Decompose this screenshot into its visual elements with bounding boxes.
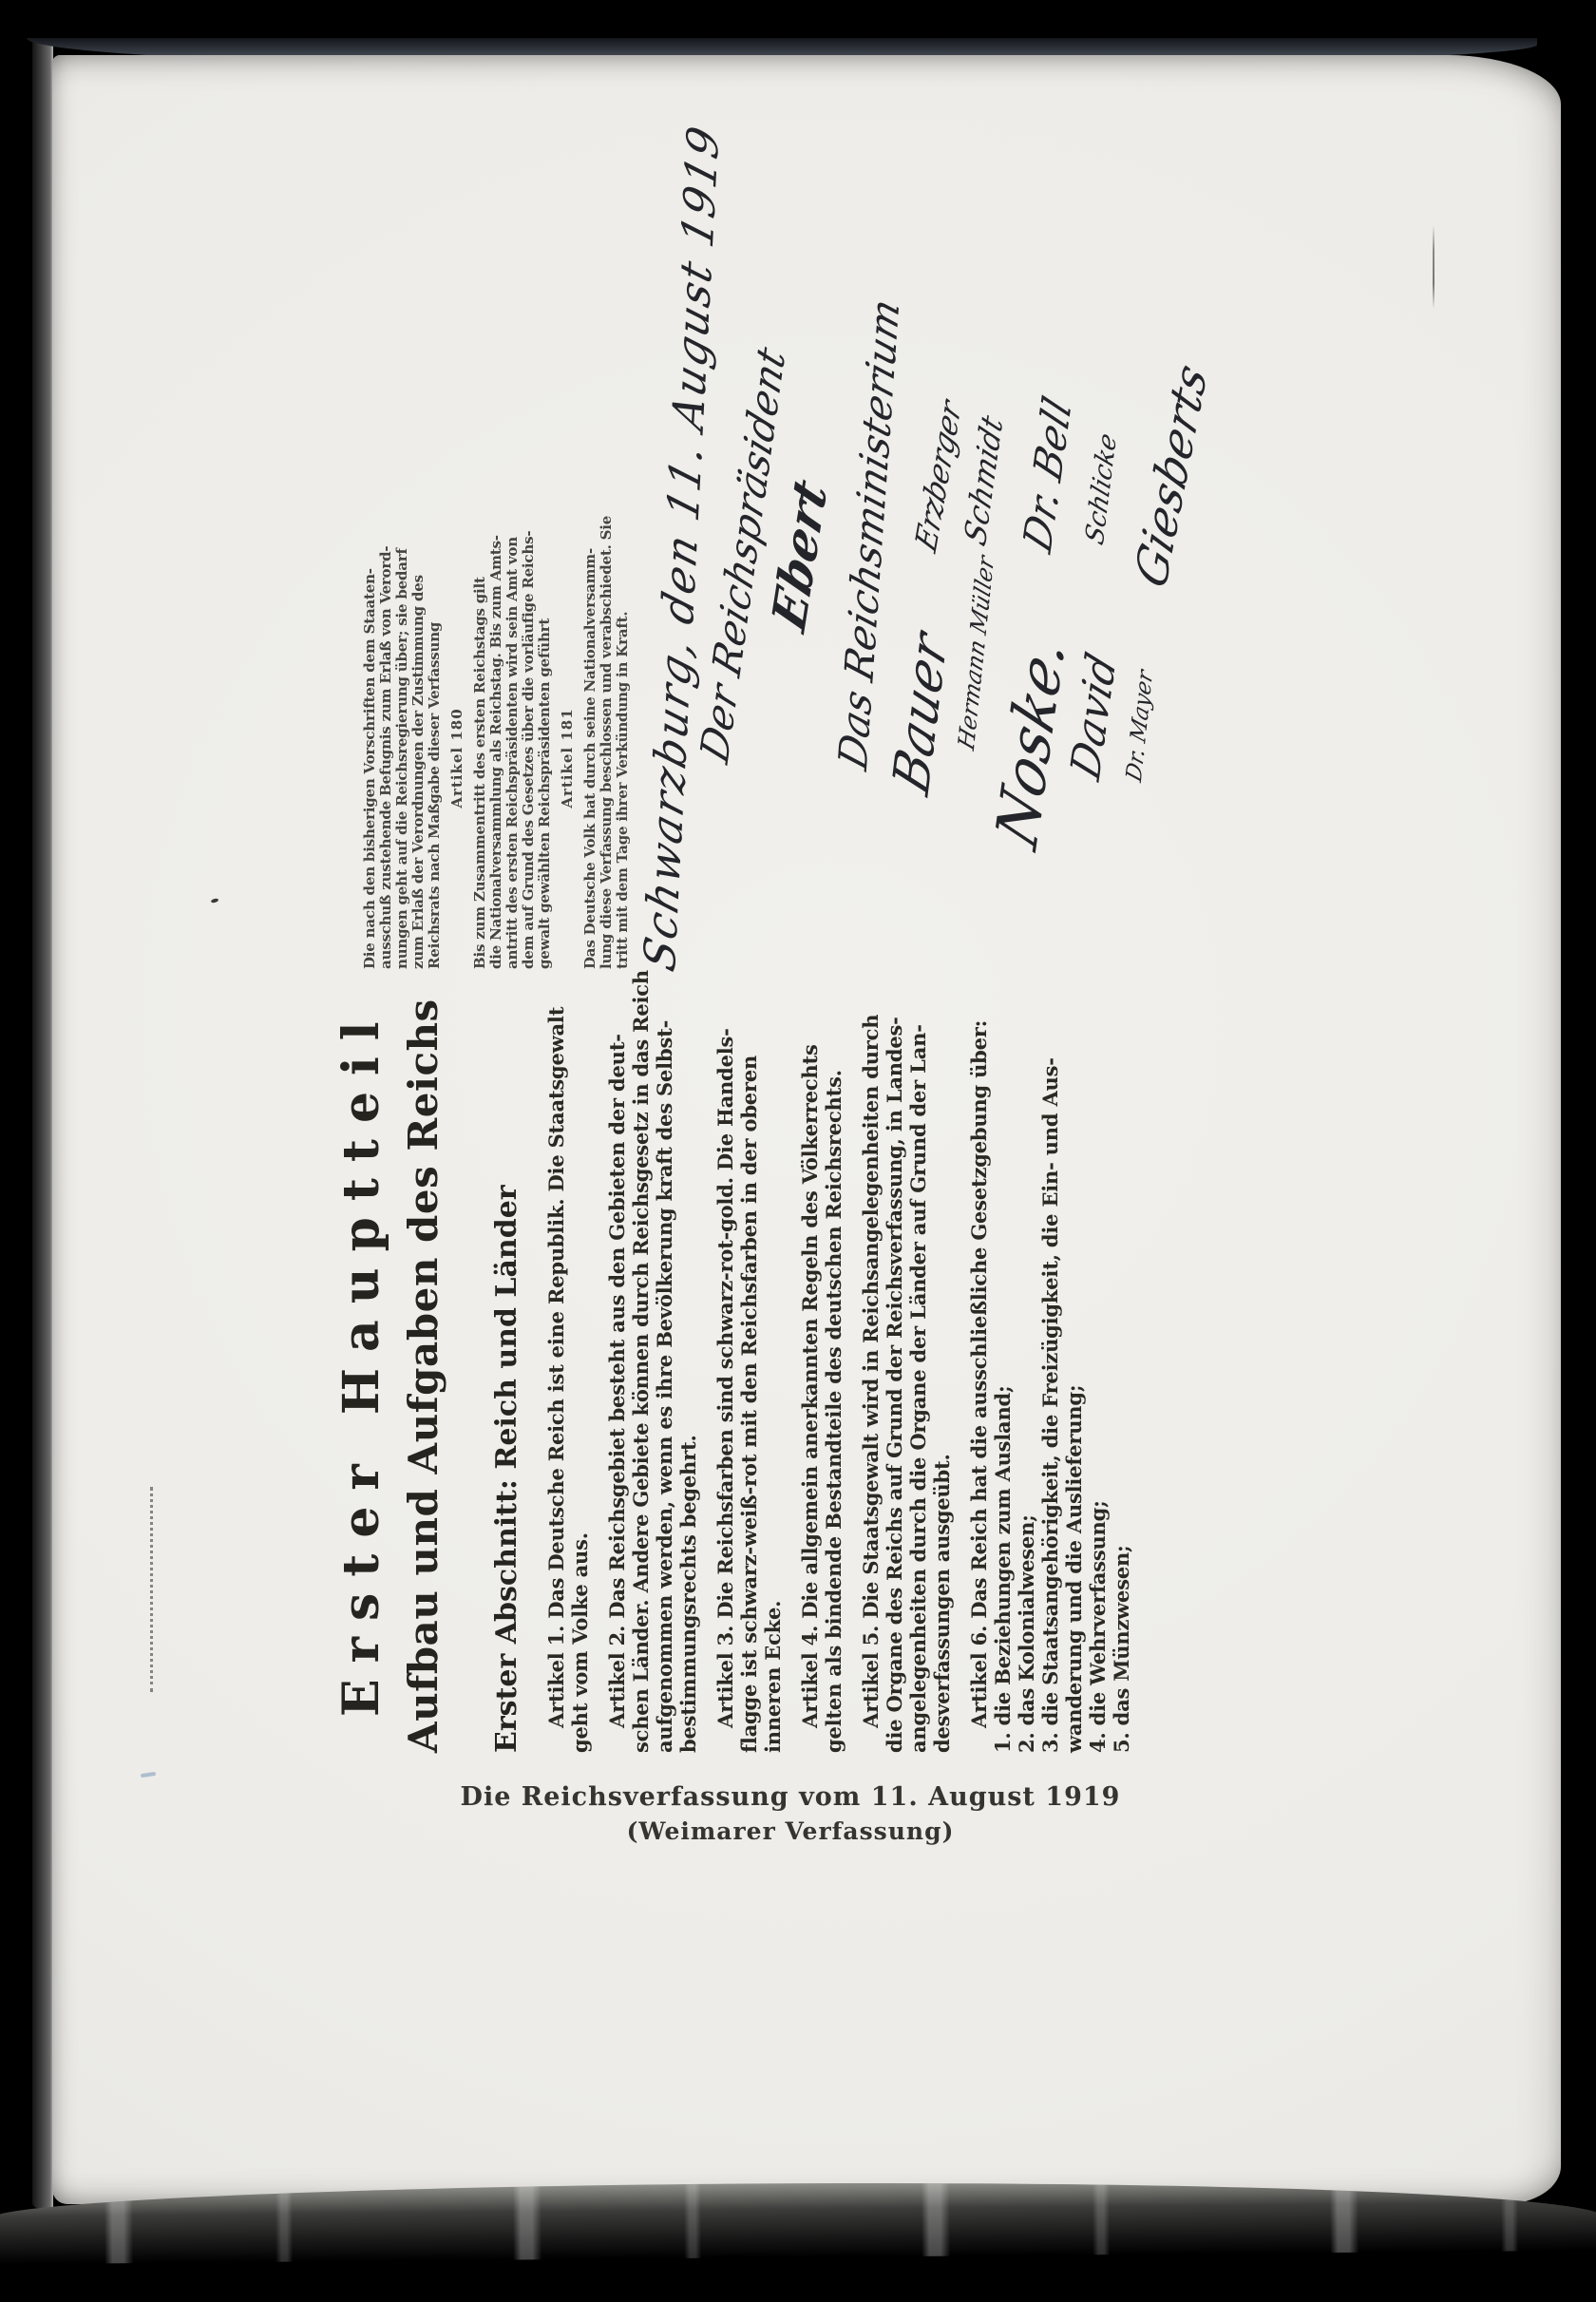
signature-dr-bell: Dr. Bell — [1015, 390, 1080, 560]
signature-dr-mayer: Dr. Mayer — [1122, 667, 1157, 785]
article-181-text: Das Deutsche Volk hat durch seine Nation… — [582, 547, 631, 969]
photo-background: Erster Hauptteil Aufbau und Aufgaben des… — [0, 0, 1596, 2302]
signature-bauer: Bauer — [882, 623, 958, 803]
caption-title: Die Reichsverfassung vom 11. August 1919 — [458, 1782, 1123, 1812]
caption: Die Reichsverfassung vom 11. August 1919… — [458, 1782, 1123, 1845]
constitution-text-block: Erster Hauptteil Aufbau und Aufgaben des… — [332, 1118, 1147, 1753]
article-1: Artikel 1. Das Deutsche Reich ist eine R… — [544, 1118, 592, 1753]
article-179-end: Die nach den bisherigen Vorschriften dem… — [362, 547, 443, 969]
article-180-text: Bis zum Zusammentritt des ersten Reichst… — [472, 547, 553, 969]
signature-schlicke: Schlicke — [1081, 428, 1123, 548]
signature-place-date: Schwarzburg, den 11. August 1919 — [634, 119, 729, 977]
signature-noske: Noske. — [983, 624, 1078, 858]
main-title-line1: Erster Hauptteil — [332, 1118, 390, 1717]
rotated-document: Erster Hauptteil Aufbau und Aufgaben des… — [52, 55, 1561, 2204]
article-181-heading: Artikel 181 — [560, 547, 576, 969]
transitional-articles-block: Die nach den bisherigen Vorschriften dem… — [362, 547, 637, 969]
caption-subtitle: (Weimarer Verfassung) — [458, 1817, 1123, 1845]
article-4: Artikel 4. Die allgemein anerkannten Reg… — [798, 1118, 845, 1753]
page-stack-left-edge — [32, 40, 53, 2208]
main-title-line2: Aufbau und Aufgaben des Reichs — [400, 1118, 446, 1753]
dotted-perforation-line — [150, 1487, 153, 1692]
article-3: Artikel 3. Die Reichsfarben sind schwarz… — [713, 1118, 785, 1753]
section-subheading: Erster Abschnitt: Reich und Länder — [490, 1118, 523, 1753]
signature-schmidt: Schmidt — [958, 409, 1010, 551]
document-page: Erster Hauptteil Aufbau und Aufgaben des… — [52, 55, 1561, 2204]
article-5: Artikel 5. Die Staatsgewalt wird in Reic… — [859, 1118, 954, 1753]
articles-text: Artikel 1. Das Deutsche Reich ist eine R… — [544, 1118, 1133, 1753]
article-6: Artikel 6. Das Reich hat die ausschließl… — [967, 1118, 1133, 1753]
signature-hermann-mueller: Hermann Müller — [953, 552, 998, 753]
scratch-mark — [1433, 225, 1434, 309]
article-180-heading: Artikel 180 — [449, 547, 465, 969]
signature-giesberts: Giesberts — [1126, 354, 1217, 597]
article-2: Artikel 2. Das Reichsgebiet besteht aus … — [605, 1118, 700, 1753]
